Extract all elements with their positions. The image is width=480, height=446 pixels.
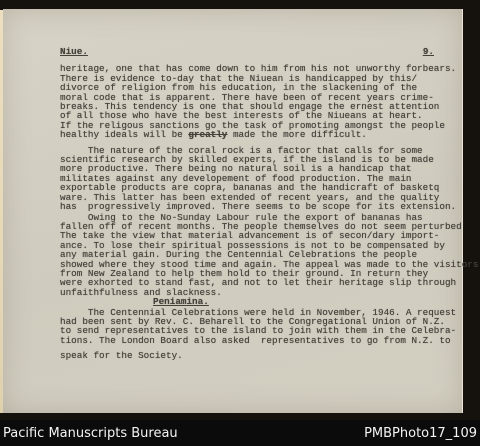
paragraph-1: heritage, one that has come down to him …: [60, 64, 458, 130]
section-heading: Peniamina.: [153, 297, 458, 306]
paragraph-1-last-line-pre: healthy ideals will be: [60, 129, 188, 140]
archive-name-label: Pacific Manuscripts Bureau: [3, 426, 178, 441]
page-number: 9.: [423, 47, 434, 56]
paragraph-4-last-line: speak for the Society.: [60, 351, 458, 360]
photo-id-label: PMBPhoto17_109: [364, 426, 477, 441]
paragraph-1-last-line: healthy ideals will be greatly made the …: [60, 130, 458, 139]
paragraph-2: The nature of the coral rock is a factor…: [60, 146, 458, 212]
overstruck-word: greatly: [188, 129, 227, 140]
typewritten-content: Niue. 9. heritage, one that has come dow…: [60, 47, 458, 361]
document-page: Niue. 9. heritage, one that has come dow…: [3, 9, 463, 413]
archive-footer: Pacific Manuscripts Bureau PMBPhoto17_10…: [0, 420, 480, 446]
page-header: Niue. 9.: [60, 47, 434, 56]
paragraph-3: Owing to the No-Sunday Labour rule the e…: [60, 213, 458, 298]
paragraph-1-last-line-post: made the more difficult.: [227, 129, 366, 140]
page-header-title: Niue.: [60, 47, 88, 56]
paragraph-4: The Centennial Celebrations were held in…: [60, 308, 458, 346]
